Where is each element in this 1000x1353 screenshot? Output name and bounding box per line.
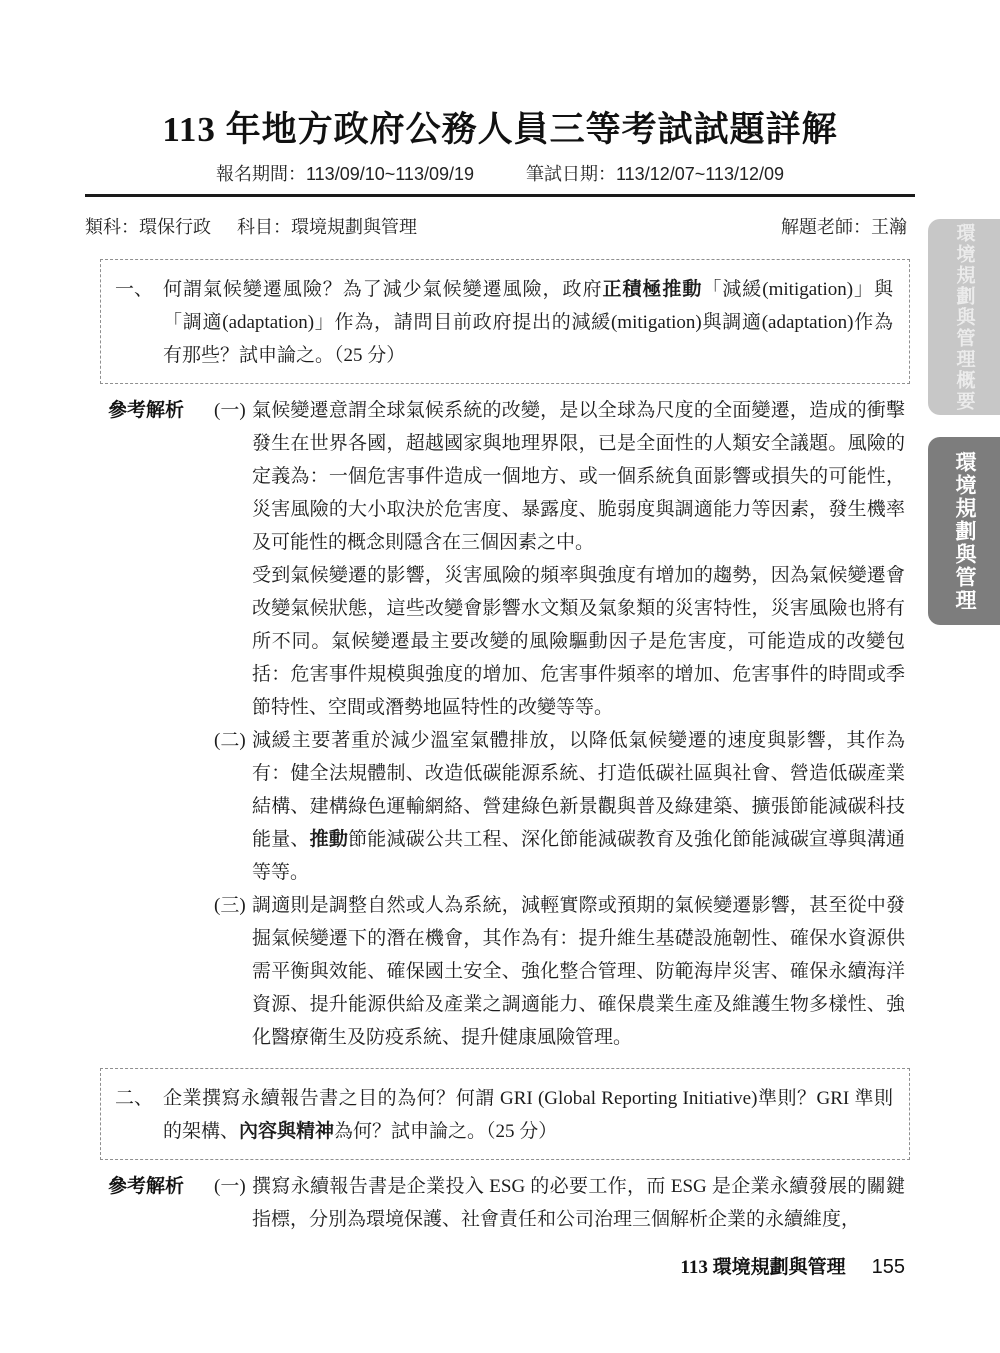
register-period: 報名期間：113/09/10~113/09/19 [216,160,474,186]
question-number: 一、 [115,273,163,372]
item-paragraph: 減緩主要著重於減少溫室氣體排放，以降低氣候變遷的速度與影響，其作為有：健全法規體… [252,724,905,889]
page-footer: 113 環境規劃與管理155 [680,1252,905,1279]
chapter-tab-env-planning: 環境規劃與管理 [928,437,1000,625]
question-number: 二、 [115,1082,163,1148]
analysis-item-1: (一) 撰寫永續報告書是企業投入 ESG 的必要工作，而 ESG 是企業永續發展… [214,1170,905,1236]
chapter-tab-env-planning-overview: 環境規劃與管理概要 [928,219,1000,415]
item-marker: (二) [214,724,252,889]
analysis-item-2: (二) 減緩主要著重於減少溫室氣體排放，以降低氣候變遷的速度與影響，其作為有：健… [214,724,905,889]
item-paragraph: 撰寫永續報告書是企業投入 ESG 的必要工作，而 ESG 是企業永續發展的關鍵指… [252,1170,905,1236]
analysis-label: 參考解析 [108,1170,214,1236]
footer-book-title: 113 環境規劃與管理 [680,1257,845,1278]
category-label: 類科：環保行政 [85,213,211,239]
exam-dates-row: 報名期間：113/09/10~113/09/19 筆試日期：113/12/07~… [0,160,1000,186]
item-paragraphs: 調適則是調整自然或人為系統，減輕實際或預期的氣候變遷影響，甚至從中發掘氣候變遷下… [252,889,905,1054]
analysis-item-3: (三) 調適則是調整自然或人為系統，減輕實際或預期的氣候變遷影響，甚至從中發掘氣… [214,889,905,1054]
chapter-tab-label: 環境規劃與管理 [949,451,979,612]
item-marker: (三) [214,889,252,1054]
teacher-label: 解題老師：王瀚 [781,213,907,239]
meta-row: 類科：環保行政 科目：環境規劃與管理 解題老師：王瀚 [85,213,907,239]
question-text: 何謂氣候變遷風險？為了減少氣候變遷風險，政府正積極推動「減緩(mitigatio… [163,273,893,372]
subject-label: 科目：環境規劃與管理 [237,213,417,239]
analysis-section-2: 參考解析 (一) 撰寫永續報告書是企業投入 ESG 的必要工作，而 ESG 是企… [108,1170,905,1236]
analysis-label: 參考解析 [108,394,214,1054]
page-title: 113 年地方政府公務人員三等考試試題詳解 [0,106,1000,154]
header-rule [85,194,915,197]
meta-left: 類科：環保行政 科目：環境規劃與管理 [85,213,417,239]
item-paragraph: 受到氣候變遷的影響，災害風險的頻率與強度有增加的趨勢，因為氣候變遷會改變氣候狀態… [252,559,905,724]
book-page: 113 年地方政府公務人員三等考試試題詳解 報名期間：113/09/10~113… [0,0,1000,1353]
item-paragraphs: 氣候變遷意謂全球氣候系統的改變，是以全球為尺度的全面變遷，造成的衝擊發生在世界各… [252,394,905,724]
footer-page-number: 155 [872,1256,905,1278]
analysis-section-1: 參考解析 (一) 氣候變遷意謂全球氣候系統的改變，是以全球為尺度的全面變遷，造成… [108,394,905,1054]
written-exam-date: 筆試日期：113/12/07~113/12/09 [526,160,784,186]
item-marker: (一) [214,394,252,724]
item-marker: (一) [214,1170,252,1236]
item-paragraph: 調適則是調整自然或人為系統，減輕實際或預期的氣候變遷影響，甚至從中發掘氣候變遷下… [252,889,905,1054]
question-box-2: 二、 企業撰寫永續報告書之目的為何？何謂 GRI (Global Reporti… [100,1068,910,1160]
question-box-1: 一、 何謂氣候變遷風險？為了減少氣候變遷風險，政府正積極推動「減緩(mitiga… [100,259,910,384]
item-paragraph: 氣候變遷意謂全球氣候系統的改變，是以全球為尺度的全面變遷，造成的衝擊發生在世界各… [252,394,905,559]
item-paragraphs: 撰寫永續報告書是企業投入 ESG 的必要工作，而 ESG 是企業永續發展的關鍵指… [252,1170,905,1236]
analysis-items: (一) 撰寫永續報告書是企業投入 ESG 的必要工作，而 ESG 是企業永續發展… [214,1170,905,1236]
chapter-tab-label: 環境規劃與管理概要 [951,223,978,412]
item-paragraphs: 減緩主要著重於減少溫室氣體排放，以降低氣候變遷的速度與影響，其作為有：健全法規體… [252,724,905,889]
analysis-item-1: (一) 氣候變遷意謂全球氣候系統的改變，是以全球為尺度的全面變遷，造成的衝擊發生… [214,394,905,724]
analysis-items: (一) 氣候變遷意謂全球氣候系統的改變，是以全球為尺度的全面變遷，造成的衝擊發生… [214,394,905,1054]
question-text: 企業撰寫永續報告書之目的為何？何謂 GRI (Global Reporting … [163,1082,893,1148]
